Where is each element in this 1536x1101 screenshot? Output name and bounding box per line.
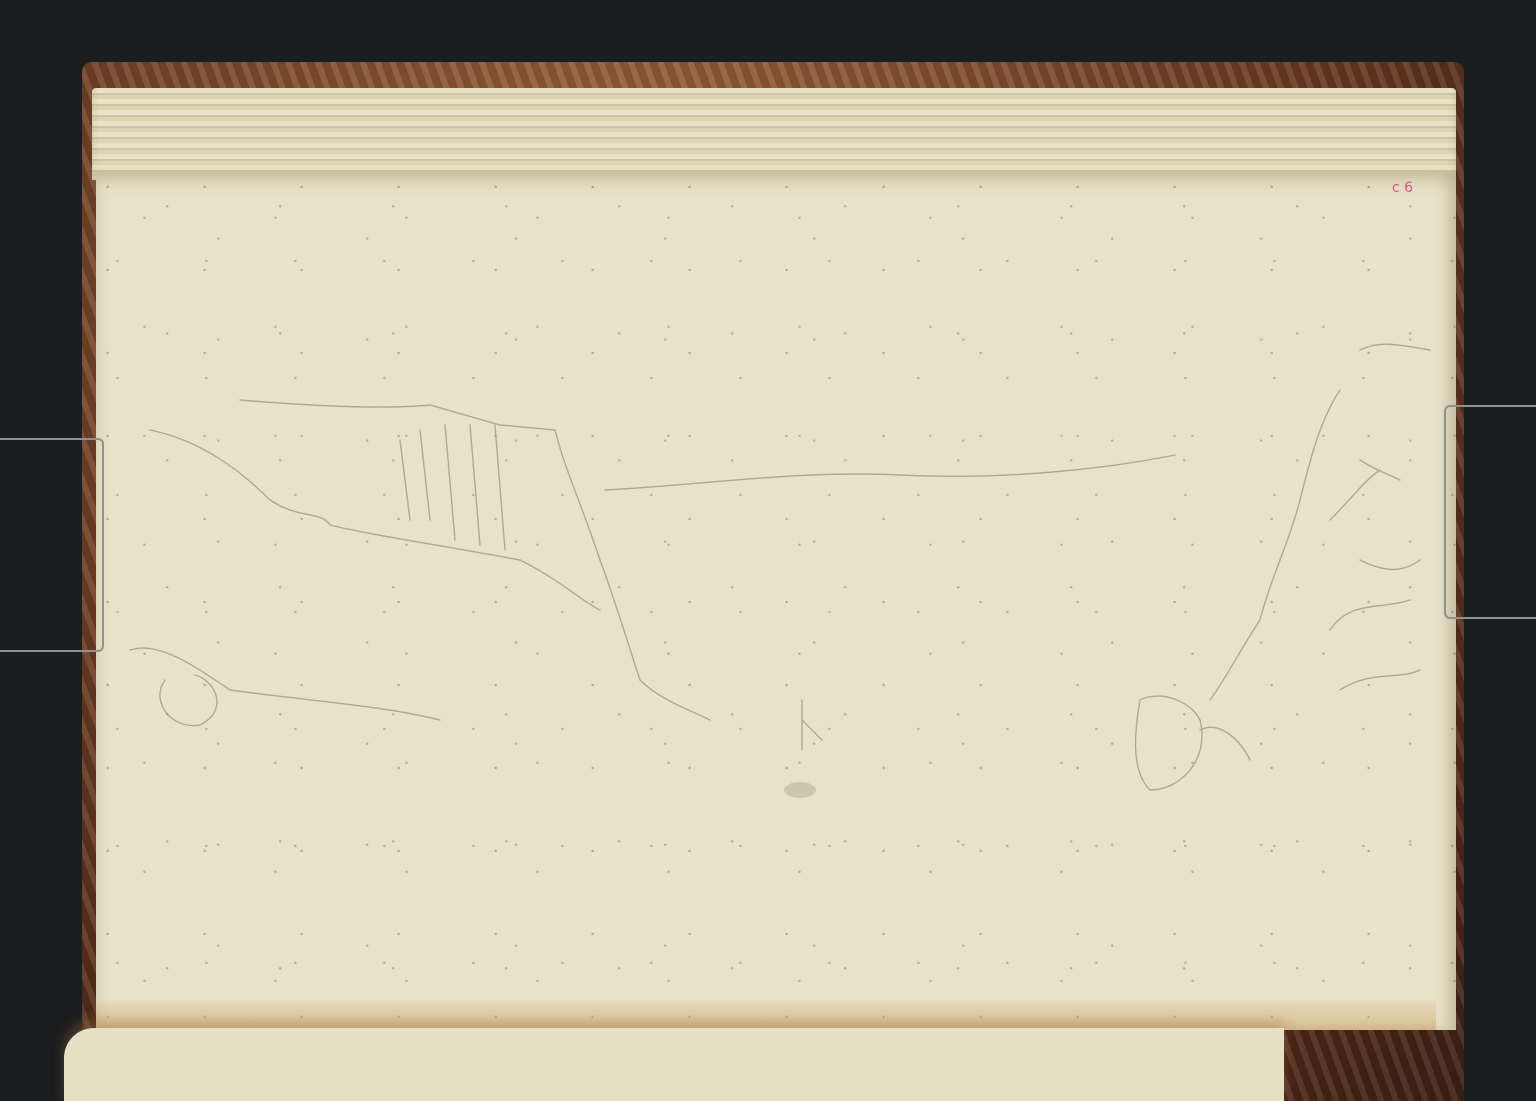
right-page-clip [1444,405,1536,619]
left-page-clip [0,438,104,652]
collection-stamp: c 6 [1392,180,1442,240]
pencil-sketch [0,0,1536,1101]
sketchbook-photo: c 6 [0,0,1536,1101]
